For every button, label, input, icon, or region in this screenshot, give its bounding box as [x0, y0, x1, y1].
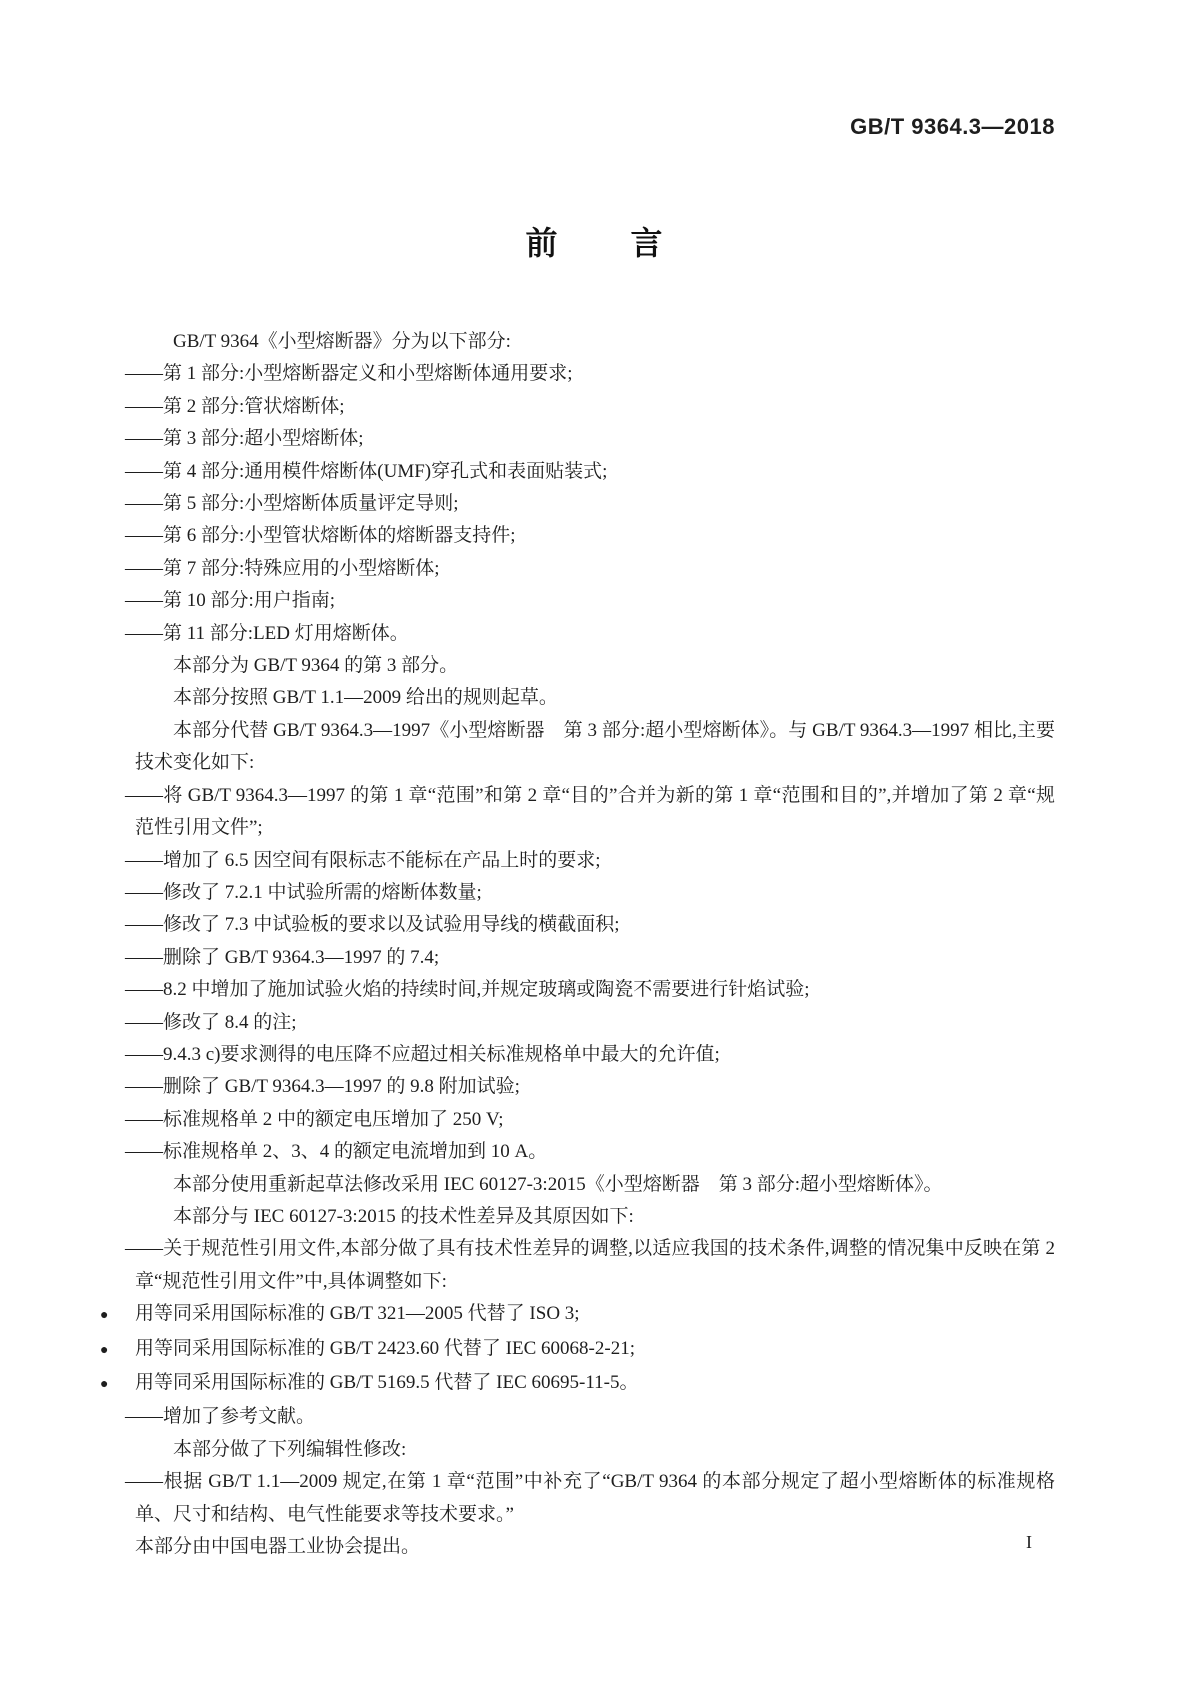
foreword-paragraph: ——第 6 部分:小型管状熔断体的熔断器支持件;: [135, 520, 1055, 552]
foreword-paragraph: ——修改了 8.4 的注;: [135, 1007, 1055, 1039]
foreword-paragraph: ●用等同采用国际标准的 GB/T 5169.5 代替了 IEC 60695-11…: [135, 1367, 1055, 1401]
foreword-paragraph: ——第 11 部分:LED 灯用熔断体。: [135, 618, 1055, 650]
foreword-paragraph: 本部分使用重新起草法修改采用 IEC 60127-3:2015《小型熔断器 第 …: [135, 1169, 1055, 1201]
foreword-paragraph: ——第 10 部分:用户指南;: [135, 585, 1055, 617]
bullet-icon: ●: [100, 1369, 135, 1401]
page-title: 前 言: [0, 218, 1191, 264]
foreword-paragraph: ——删除了 GB/T 9364.3—1997 的 9.8 附加试验;: [135, 1071, 1055, 1103]
foreword-paragraph: ——9.4.3 c)要求测得的电压降不应超过相关标准规格单中最大的允许值;: [135, 1039, 1055, 1071]
foreword-paragraph: ——删除了 GB/T 9364.3—1997 的 7.4;: [135, 942, 1055, 974]
bullet-icon: ●: [100, 1300, 135, 1332]
foreword-paragraph: ●用等同采用国际标准的 GB/T 2423.60 代替了 IEC 60068-2…: [135, 1333, 1055, 1367]
foreword-paragraph: ——关于规范性引用文件,本部分做了具有技术性差异的调整,以适应我国的技术条件,调…: [135, 1233, 1055, 1298]
foreword-paragraph: ——第 5 部分:小型熔断体质量评定导则;: [135, 488, 1055, 520]
foreword-paragraph: 本部分为 GB/T 9364 的第 3 部分。: [135, 650, 1055, 682]
foreword-paragraph: ——标准规格单 2 中的额定电压增加了 250 V;: [135, 1104, 1055, 1136]
page-number: I: [1026, 1532, 1032, 1553]
foreword-paragraph: ——增加了 6.5 因空间有限标志不能标在产品上时的要求;: [135, 845, 1055, 877]
foreword-paragraph: ——根据 GB/T 1.1—2009 规定,在第 1 章“范围”中补充了“GB/…: [135, 1466, 1055, 1531]
foreword-body: GB/T 9364《小型熔断器》分为以下部分:——第 1 部分:小型熔断器定义和…: [135, 326, 1055, 1563]
foreword-paragraph: 本部分与 IEC 60127-3:2015 的技术性差异及其原因如下:: [135, 1201, 1055, 1233]
foreword-paragraph: ——第 3 部分:超小型熔断体;: [135, 423, 1055, 455]
foreword-paragraph: 本部分代替 GB/T 9364.3—1997《小型熔断器 第 3 部分:超小型熔…: [135, 715, 1055, 780]
foreword-paragraph: GB/T 9364《小型熔断器》分为以下部分:: [135, 326, 1055, 358]
foreword-paragraph: ——增加了参考文献。: [135, 1401, 1055, 1433]
standard-number-header: GB/T 9364.3—2018: [135, 114, 1055, 140]
foreword-paragraph: ——标准规格单 2、3、4 的额定电流增加到 10 A。: [135, 1136, 1055, 1168]
foreword-paragraph: ——第 7 部分:特殊应用的小型熔断体;: [135, 553, 1055, 585]
foreword-paragraph: ●用等同采用国际标准的 GB/T 321—2005 代替了 ISO 3;: [135, 1298, 1055, 1332]
foreword-paragraph: ——第 2 部分:管状熔断体;: [135, 391, 1055, 423]
foreword-paragraph: 本部分按照 GB/T 1.1—2009 给出的规则起草。: [135, 682, 1055, 714]
foreword-paragraph: ——将 GB/T 9364.3—1997 的第 1 章“范围”和第 2 章“目的…: [135, 780, 1055, 845]
foreword-paragraph: 本部分做了下列编辑性修改:: [135, 1434, 1055, 1466]
foreword-paragraph: ——修改了 7.2.1 中试验所需的熔断体数量;: [135, 877, 1055, 909]
foreword-paragraph: ——8.2 中增加了施加试验火焰的持续时间,并规定玻璃或陶瓷不需要进行针焰试验;: [135, 974, 1055, 1006]
foreword-paragraph: ——修改了 7.3 中试验板的要求以及试验用导线的横截面积;: [135, 909, 1055, 941]
foreword-paragraph: 本部分由中国电器工业协会提出。: [135, 1531, 1055, 1563]
bullet-icon: ●: [100, 1335, 135, 1367]
document-page: GB/T 9364.3—2018 前 言 GB/T 9364《小型熔断器》分为以…: [0, 0, 1191, 1684]
foreword-paragraph: ——第 4 部分:通用模件熔断体(UMF)穿孔式和表面贴装式;: [135, 456, 1055, 488]
foreword-paragraph: ——第 1 部分:小型熔断器定义和小型熔断体通用要求;: [135, 358, 1055, 390]
